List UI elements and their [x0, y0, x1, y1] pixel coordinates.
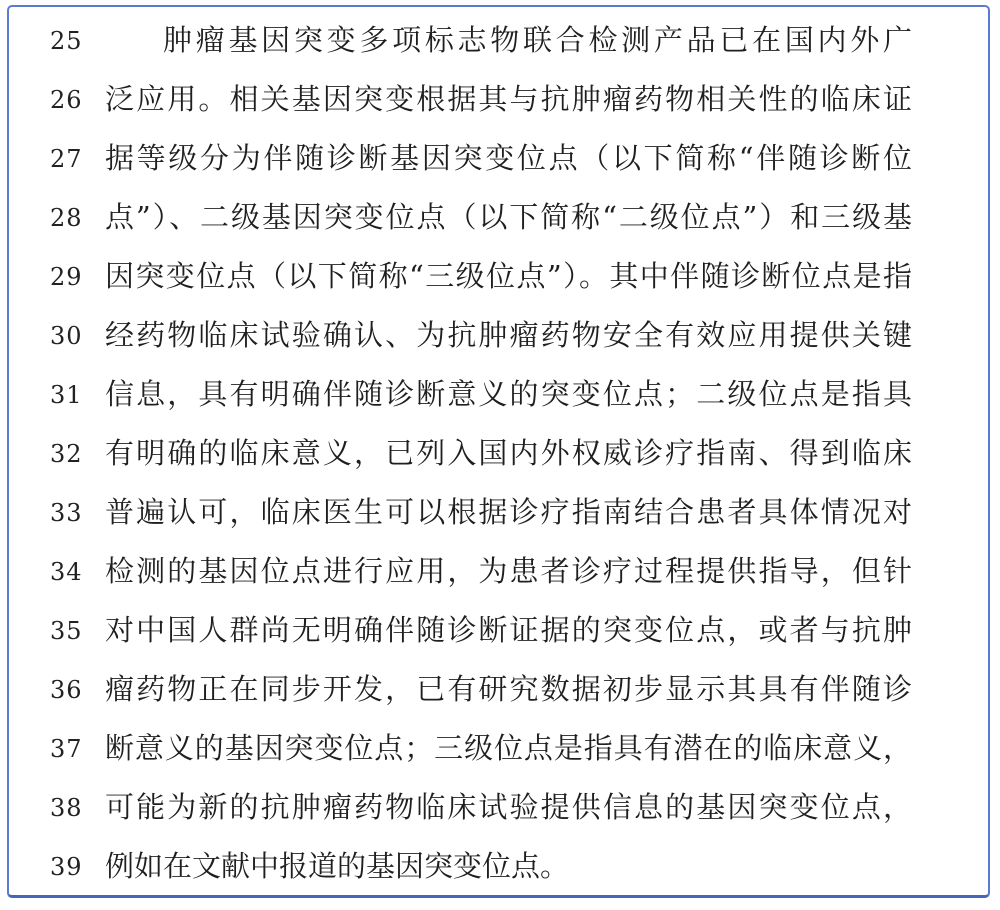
document-line: 38可能为新的抗肿瘤药物临床试验提供信息的基因突变位点， — [9, 778, 988, 837]
line-number: 31 — [50, 381, 105, 409]
document-line: 32有明确的临床意义，已列入国内外权威诊疗指南、得到临床 — [9, 424, 988, 483]
line-number: 34 — [50, 558, 105, 586]
line-text: 点”）、二级基因突变位点（以下简称“二级位点”）和三级基 — [105, 200, 912, 235]
line-number: 35 — [50, 617, 105, 645]
document-line: 33普遍认可，临床医生可以根据诊疗指南结合患者具体情况对 — [9, 483, 988, 542]
document-line: 31信息，具有明确伴随诊断意义的突变位点；二级位点是指具 — [9, 365, 988, 424]
line-number: 25 — [50, 27, 105, 55]
line-number: 36 — [50, 676, 105, 704]
line-number: 27 — [50, 145, 105, 173]
line-number: 32 — [50, 440, 105, 468]
line-number: 38 — [50, 794, 105, 822]
line-number: 29 — [50, 263, 105, 291]
line-text: 经药物临床试验确认、为抗肿瘤药物安全有效应用提供关键 — [105, 318, 912, 353]
line-number: 33 — [50, 499, 105, 527]
line-text: 例如在文献中报道的基因突变位点。 — [105, 849, 912, 884]
document-page: 25肿瘤基因突变多项标志物联合检测产品已在国内外广26泛应用。相关基因突变根据其… — [0, 0, 1000, 910]
document-line: 36瘤药物正在同步开发，已有研究数据初步显示其具有伴随诊 — [9, 660, 988, 719]
line-number: 37 — [50, 735, 105, 763]
document-line: 25肿瘤基因突变多项标志物联合检测产品已在国内外广 — [9, 11, 988, 70]
line-number: 26 — [50, 86, 105, 114]
line-number: 30 — [50, 322, 105, 350]
document-line: 37断意义的基因突变位点；三级位点是指具有潜在的临床意义， — [9, 719, 988, 778]
line-text: 据等级分为伴随诊断基因突变位点（以下简称“伴随诊断位 — [105, 141, 912, 176]
line-number: 39 — [50, 853, 105, 881]
line-text: 肿瘤基因突变多项标志物联合检测产品已在国内外广 — [105, 23, 912, 58]
line-text: 对中国人群尚无明确伴随诊断证据的突变位点，或者与抗肿 — [105, 613, 912, 648]
document-line: 35对中国人群尚无明确伴随诊断证据的突变位点，或者与抗肿 — [9, 601, 988, 660]
document-line: 30经药物临床试验确认、为抗肿瘤药物安全有效应用提供关键 — [9, 306, 988, 365]
document-line: 27据等级分为伴随诊断基因突变位点（以下简称“伴随诊断位 — [9, 129, 988, 188]
line-text: 信息，具有明确伴随诊断意义的突变位点；二级位点是指具 — [105, 377, 912, 412]
document-line: 26泛应用。相关基因突变根据其与抗肿瘤药物相关性的临床证 — [9, 70, 988, 129]
document-line: 39例如在文献中报道的基因突变位点。 — [9, 837, 988, 896]
line-text: 可能为新的抗肿瘤药物临床试验提供信息的基因突变位点， — [105, 790, 912, 825]
line-text: 因突变位点（以下简称“三级位点”）。其中伴随诊断位点是指 — [105, 259, 912, 294]
line-text: 普遍认可，临床医生可以根据诊疗指南结合患者具体情况对 — [105, 495, 912, 530]
line-text: 断意义的基因突变位点；三级位点是指具有潜在的临床意义， — [105, 731, 912, 766]
line-text: 检测的基因位点进行应用，为患者诊疗过程提供指导，但针 — [105, 554, 912, 589]
line-text: 有明确的临床意义，已列入国内外权威诊疗指南、得到临床 — [105, 436, 912, 471]
line-number: 28 — [50, 204, 105, 232]
page-border: 25肿瘤基因突变多项标志物联合检测产品已在国内外广26泛应用。相关基因突变根据其… — [7, 5, 990, 898]
document-line: 29因突变位点（以下简称“三级位点”）。其中伴随诊断位点是指 — [9, 247, 988, 306]
line-text: 泛应用。相关基因突变根据其与抗肿瘤药物相关性的临床证 — [105, 82, 912, 117]
document-line: 28点”）、二级基因突变位点（以下简称“二级位点”）和三级基 — [9, 188, 988, 247]
line-text: 瘤药物正在同步开发，已有研究数据初步显示其具有伴随诊 — [105, 672, 912, 707]
document-line: 34检测的基因位点进行应用，为患者诊疗过程提供指导，但针 — [9, 542, 988, 601]
document-lines: 25肿瘤基因突变多项标志物联合检测产品已在国内外广26泛应用。相关基因突变根据其… — [9, 11, 988, 895]
